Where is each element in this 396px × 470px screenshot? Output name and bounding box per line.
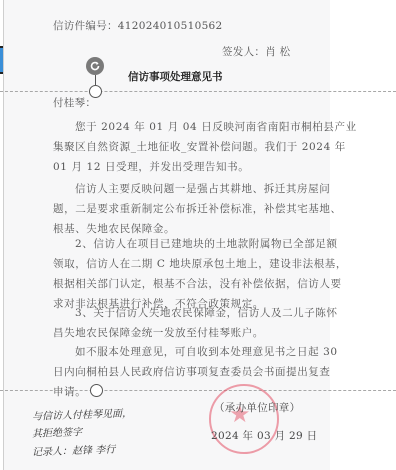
case-number: 信访件编号：412024010510562 xyxy=(53,18,223,33)
rotate-handle[interactable] xyxy=(86,57,104,75)
issuer: 签发人：肖 松 xyxy=(222,44,290,59)
text-line: 2、信访人在项目已建地块的土地款附属物已全部足额 xyxy=(53,234,315,254)
text-line: 领取，信访人在二期 C 地块原承包土地上，建设非法根基， xyxy=(53,254,315,274)
paragraph-4: 3、关于信访人失地农民保障金，信访人及二儿子陈怀 昌失地农民保障金统一发放至付桂… xyxy=(53,303,315,343)
handwritten-note-2: 其拒绝签字 xyxy=(32,423,82,440)
text-line: 01 月 12 日受理，并发出受理告知书。 xyxy=(53,157,315,177)
text-line: 昌失地农民保障金统一发放至付桂琴账户。 xyxy=(53,323,315,343)
text-line: 信访人主要反映问题一是强占其耕地、拆迁其房屋问 xyxy=(53,179,315,199)
rotate-handle-stem xyxy=(95,75,96,85)
salutation: 付桂琴： xyxy=(53,95,96,110)
text-line: 3、关于信访人失地农民保障金，信访人及二儿子陈怀 xyxy=(53,303,315,323)
crop-line-bottom[interactable] xyxy=(0,390,396,391)
paragraph-2: 信访人主要反映问题一是强占其耕地、拆迁其房屋问 题，二是要求重新制定公布拆迁补偿… xyxy=(53,179,315,239)
paragraph-1: 您于 2024 年 01 月 04 日反映河南省南阳市桐柏县产业 集聚区自然资源… xyxy=(53,117,315,177)
seal-label: （承办单位印章） xyxy=(214,400,300,415)
bottom-resize-handle[interactable] xyxy=(90,384,103,397)
document-title: 信访事项处理意见书 xyxy=(128,69,223,84)
text-line: 您于 2024 年 01 月 04 日反映河南省南阳市桐柏县产业 xyxy=(53,117,315,137)
text-line: 如不服本处理意见，可自收到本处理意见书之日起 30 xyxy=(53,342,315,362)
rotate-icon xyxy=(89,60,101,72)
handwritten-note-3: 记录人：赵锋 李行 xyxy=(32,441,116,459)
text-line: 日内向桐柏县人民政府信访事项复查委员会书面提出复查 xyxy=(53,362,315,382)
paragraph-3: 2、信访人在项目已建地块的土地款附属物已全部足额 领取，信访人在二期 C 地块原… xyxy=(53,234,315,314)
text-line: 根据相关部门认定，根基不合法，没有补偿依据，信访人要 xyxy=(53,274,315,294)
text-line: 题，二是要求重新制定公布拆迁补偿标准，补偿其宅基地、 xyxy=(53,199,315,219)
issue-date: 2024 年 03 月 29 日 xyxy=(211,428,317,443)
text-line: 集聚区自然资源_土地征收_安置补偿问题。我们于 2024 年 xyxy=(53,137,315,157)
left-crop-edge[interactable] xyxy=(3,0,4,470)
left-resize-handle[interactable] xyxy=(0,46,3,74)
crop-line-top[interactable] xyxy=(0,91,396,92)
